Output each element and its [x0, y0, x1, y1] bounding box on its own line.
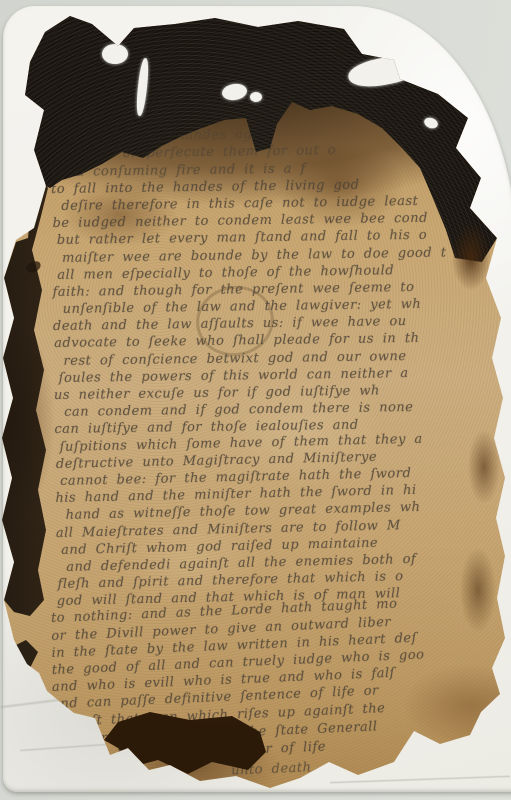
burnt-manuscript-page: nnd nmnol bon ni lliſtretch out our hand…: [0, 0, 511, 800]
scanned-manuscript-photo: nnd nmnol bon ni lliſtretch out our hand…: [0, 0, 511, 800]
burn-hole: [250, 92, 262, 102]
burn-hole: [102, 44, 128, 64]
scorch-spot-right: [452, 224, 490, 290]
scorch-spot-right: [460, 548, 496, 632]
